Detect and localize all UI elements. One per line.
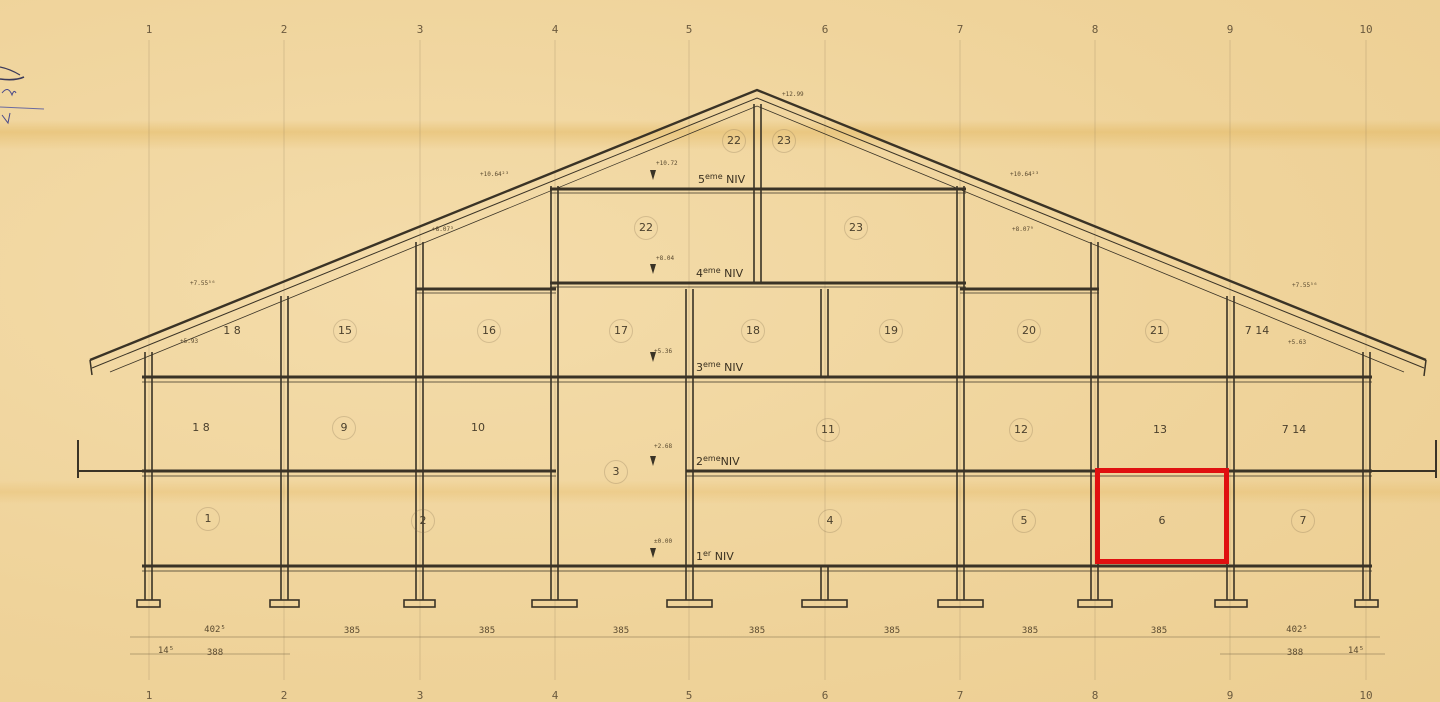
dimension-label: 385 bbox=[344, 626, 360, 636]
room-label: 1 8 bbox=[212, 320, 252, 342]
axis-label-top: 6 bbox=[822, 23, 829, 36]
dimension-label: 385 bbox=[1151, 626, 1167, 636]
room-label: 18 bbox=[741, 319, 765, 343]
elevation-roof-left-eave: +5.93 bbox=[180, 338, 198, 345]
axis-label-top: 10 bbox=[1359, 23, 1372, 36]
axis-label-top: 8 bbox=[1092, 23, 1099, 36]
elevation-roof-right-mid: +8.07⁹ bbox=[1012, 226, 1034, 233]
level-label-1: 1er NIV bbox=[696, 549, 734, 563]
level-label-3: 3eme NIV bbox=[696, 360, 743, 374]
room-label: 1 8 bbox=[181, 417, 221, 439]
axis-grid-lines bbox=[149, 40, 1366, 680]
elevation-roof-right-upper: +10.64²³ bbox=[1010, 171, 1039, 178]
dimension-label: 385 bbox=[479, 626, 495, 636]
room-label: 23 bbox=[844, 216, 868, 240]
room-label: 7 14 bbox=[1274, 419, 1314, 441]
axis-label-bottom: 3 bbox=[417, 689, 424, 702]
elevation-level-5: +10.72 bbox=[656, 160, 678, 167]
elevation-level-1: ±0.00 bbox=[654, 538, 672, 545]
highlight-box-room-6[interactable] bbox=[1095, 468, 1229, 564]
room-label: 15 bbox=[333, 319, 357, 343]
room-label: 22 bbox=[634, 216, 658, 240]
elevation-roof-left-upper: +10.64²³ bbox=[480, 171, 509, 178]
axis-label-bottom: 1 bbox=[146, 689, 153, 702]
elevation-roof-right-low: +7.55⁵⁶ bbox=[1292, 282, 1317, 289]
dimension-label: 388 bbox=[1287, 648, 1303, 658]
dimension-label: 402⁵ bbox=[204, 625, 226, 635]
room-label: 21 bbox=[1145, 319, 1169, 343]
room-label: 12 bbox=[1009, 418, 1033, 442]
dimension-label: 385 bbox=[1022, 626, 1038, 636]
elevation-roof-left-mid: +8.07³ bbox=[432, 226, 454, 233]
axis-label-bottom: 10 bbox=[1359, 689, 1372, 702]
room-label: 10 bbox=[467, 417, 489, 439]
dimension-label: 402⁵ bbox=[1286, 625, 1308, 635]
room-label: 3 bbox=[604, 460, 628, 484]
room-label: 2 bbox=[411, 509, 435, 533]
room-label: 4 bbox=[818, 509, 842, 533]
elevation-level-2: +2.68 bbox=[654, 443, 672, 450]
room-label: 7 14 bbox=[1237, 320, 1277, 342]
elevation-ridge: +12.99 bbox=[782, 91, 804, 98]
axis-label-top: 7 bbox=[957, 23, 964, 36]
axis-label-bottom: 4 bbox=[552, 689, 559, 702]
room-label: 5 bbox=[1012, 509, 1036, 533]
level-label-4: 4eme NIV bbox=[696, 266, 743, 280]
room-label: 19 bbox=[879, 319, 903, 343]
room-label: 7 bbox=[1291, 509, 1315, 533]
room-label: 17 bbox=[609, 319, 633, 343]
dimension-label: 388 bbox=[207, 648, 223, 658]
axis-label-bottom: 9 bbox=[1227, 689, 1234, 702]
elevation-roof-right-eave: +5.63 bbox=[1288, 339, 1306, 346]
axis-label-bottom: 2 bbox=[281, 689, 288, 702]
axis-label-top: 4 bbox=[552, 23, 559, 36]
room-label: 11 bbox=[816, 418, 840, 442]
footings bbox=[137, 600, 1378, 607]
dimension-lines bbox=[130, 637, 1385, 654]
room-label: 20 bbox=[1017, 319, 1041, 343]
axis-label-bottom: 6 bbox=[822, 689, 829, 702]
dimension-label: 385 bbox=[749, 626, 765, 636]
axis-label-top: 9 bbox=[1227, 23, 1234, 36]
level-label-5: 5eme NIV bbox=[698, 172, 745, 186]
room-label: 16 bbox=[477, 319, 501, 343]
axis-label-top: 1 bbox=[146, 23, 153, 36]
level-label-2: 2emeNIV bbox=[696, 454, 740, 468]
axis-label-bottom: 7 bbox=[957, 689, 964, 702]
axis-label-bottom: 8 bbox=[1092, 689, 1099, 702]
axis-label-top: 5 bbox=[686, 23, 693, 36]
dimension-label: 385 bbox=[884, 626, 900, 636]
elevation-level-4: +8.04 bbox=[656, 255, 674, 262]
dimension-label: 385 bbox=[613, 626, 629, 636]
axis-label-top: 2 bbox=[281, 23, 288, 36]
dimension-label: 14⁵ bbox=[158, 646, 174, 656]
room-label: 1 bbox=[196, 507, 220, 531]
room-label: 9 bbox=[332, 416, 356, 440]
axis-label-top: 3 bbox=[417, 23, 424, 36]
elevation-level-3: +5.36 bbox=[654, 348, 672, 355]
axis-label-bottom: 5 bbox=[686, 689, 693, 702]
room-label: 22 bbox=[722, 129, 746, 153]
room-label: 23 bbox=[772, 129, 796, 153]
section-drawing bbox=[0, 0, 1440, 702]
blueprint-sheet: 1 2 3 4 5 6 7 8 9 10 1 2 3 4 5 6 7 8 9 1… bbox=[0, 0, 1440, 702]
elevation-roof-left-low: +7.55⁵⁶ bbox=[190, 280, 215, 287]
dimension-label: 14⁵ bbox=[1348, 646, 1364, 656]
room-label: 13 bbox=[1149, 419, 1171, 441]
